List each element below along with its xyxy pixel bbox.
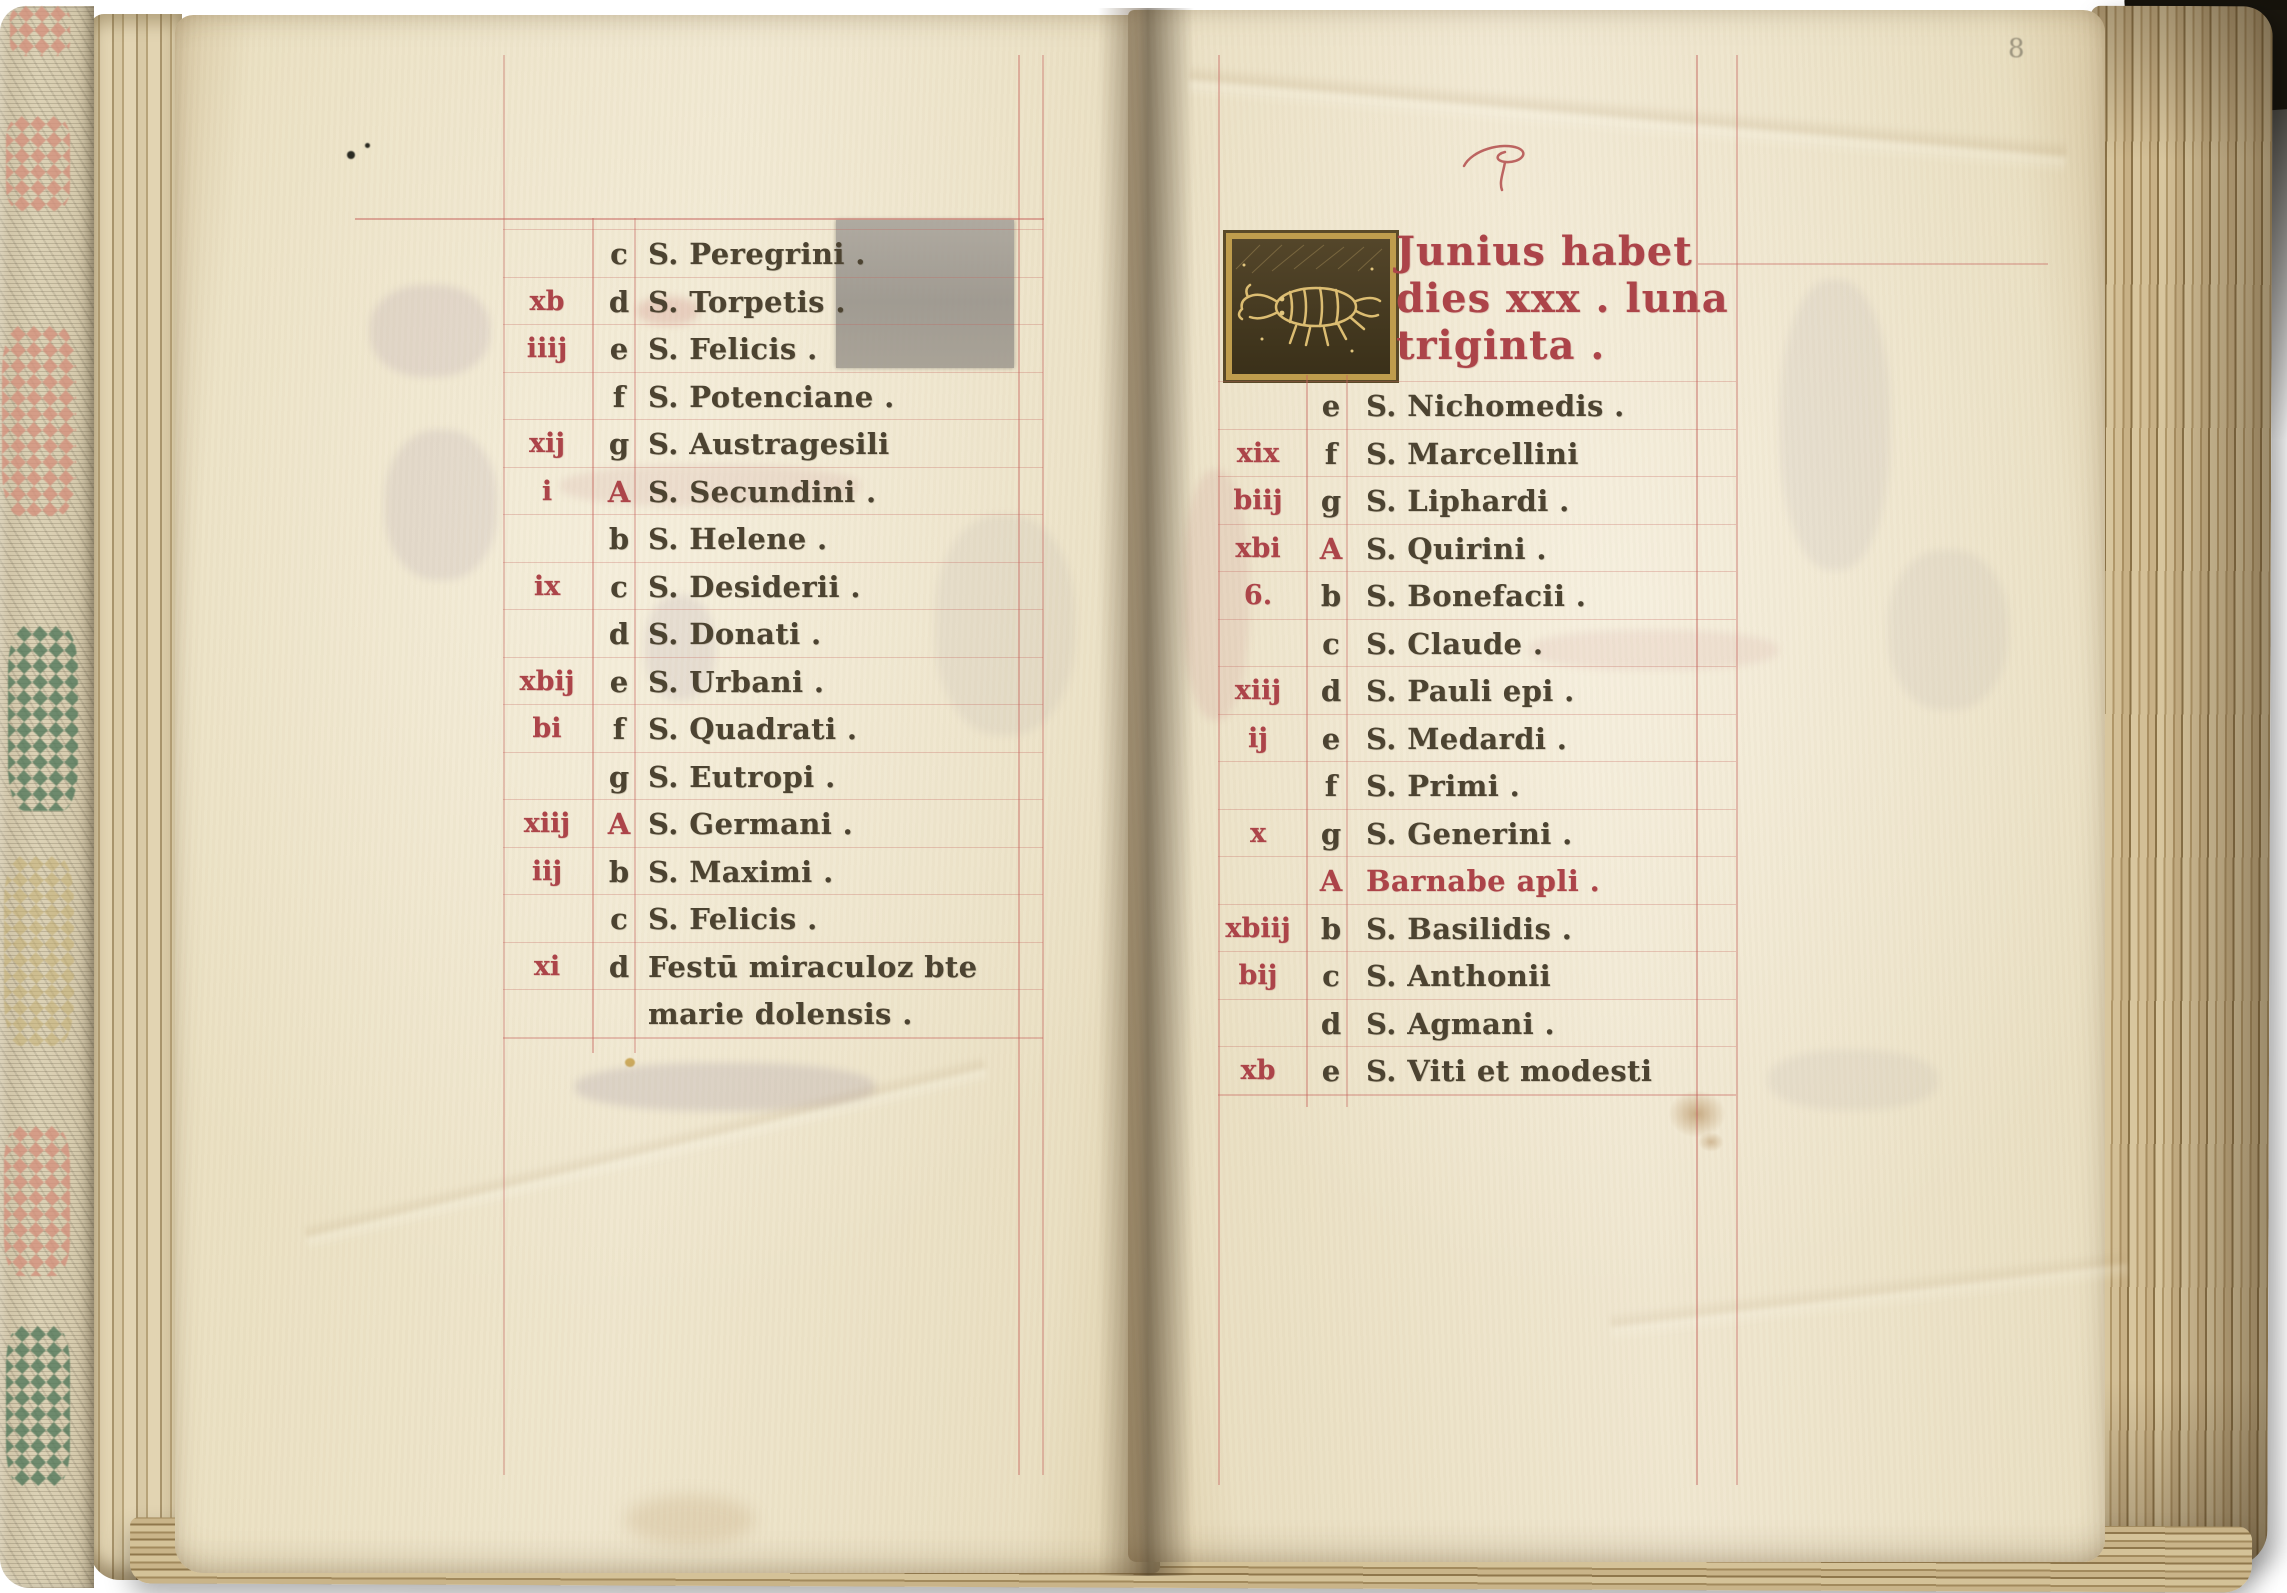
calendar-row: xbdS. Torpetis .	[503, 277, 1043, 326]
golden-number: x	[1218, 810, 1298, 858]
feast-entry: S. Agmani .	[1366, 1000, 1555, 1048]
ink-speck	[365, 143, 370, 148]
feast-entry: S. Austragesili	[648, 420, 890, 468]
ruling-line	[1698, 263, 2048, 265]
red-pen-mark	[1458, 122, 1538, 192]
calendar-row: ixcS. Desiderii .	[503, 562, 1043, 611]
golden-number: xb	[503, 278, 591, 326]
feast-entry: S. Potenciane .	[648, 373, 895, 421]
calendar-row: xbiAS. Quirini .	[1218, 524, 1736, 573]
dominical-letter: b	[596, 515, 642, 563]
dominical-letter: g	[596, 753, 642, 801]
show-through-mark	[1888, 550, 2008, 710]
feast-entry: S. Anthonii	[1366, 952, 1551, 1000]
golden-number: bij	[1218, 952, 1298, 1000]
golden-number: xij	[503, 420, 591, 468]
calendar-row: xiijAS. Germani .	[503, 799, 1043, 848]
fore-edge-pages	[2085, 6, 2272, 1567]
feast-entry: S. Germani .	[648, 800, 853, 848]
show-through-mark	[370, 285, 490, 377]
dominical-letter: g	[1308, 477, 1354, 525]
feast-entry: S. Claude .	[1366, 620, 1543, 668]
calendar-row: eS. Nichomedis .	[1218, 381, 1736, 430]
feast-entry: S. Marcellini	[1366, 430, 1579, 478]
dominical-letter: f	[1308, 762, 1354, 810]
crab-illustration	[1232, 239, 1390, 374]
feast-entry: S. Viti et modesti	[1366, 1047, 1652, 1095]
feast-entry: S. Helene .	[648, 515, 828, 563]
calendar-row: dS. Donati .	[503, 609, 1043, 658]
feast-entry: S. Quadrati .	[648, 705, 857, 753]
feast-entry: S. Generini .	[1366, 810, 1573, 858]
dominical-letter: d	[596, 943, 642, 991]
calendar-row: 6.bS. Bonefacii .	[1218, 571, 1736, 620]
calendar-row: xiijdS. Pauli epi .	[1218, 666, 1736, 715]
dominical-letter: A	[1308, 857, 1354, 905]
left-page: cS. Peregrini .xbdS. Torpetis .iiijeS. F…	[175, 15, 1160, 1573]
golden-number: ix	[503, 563, 591, 611]
calendar-row: ijeS. Medardi .	[1218, 714, 1736, 763]
stitch-pattern	[10, 6, 70, 56]
feast-entry: S. Nichomedis .	[1366, 382, 1625, 430]
golden-number: ij	[1218, 715, 1298, 763]
feast-entry: Festū miraculoz bte	[648, 943, 978, 991]
golden-number: xbij	[503, 658, 591, 706]
textile-binding	[0, 6, 94, 1588]
dominical-letter: e	[1308, 382, 1354, 430]
dominical-letter: c	[596, 563, 642, 611]
parchment-crease	[1603, 1199, 2134, 1381]
calendar-row: gS. Eutropi .	[503, 752, 1043, 801]
golden-number: xb	[1218, 1047, 1298, 1095]
show-through-mark	[575, 1063, 875, 1111]
dominical-letter: f	[596, 373, 642, 421]
calendar-row: cS. Claude .	[1218, 619, 1736, 668]
calendar-row: ABarnabe apli .	[1218, 856, 1736, 905]
dominical-letter: d	[596, 610, 642, 658]
golden-number: xix	[1218, 430, 1298, 478]
dominical-letter: g	[1308, 810, 1354, 858]
dominical-letter: d	[596, 278, 642, 326]
month-header-line: Junius habet	[1396, 228, 1876, 275]
golden-number: 6.	[1218, 572, 1298, 620]
month-header: Junius habet dies xxx . luna triginta .	[1396, 228, 1876, 369]
feast-entry: S. Eutropi .	[648, 753, 836, 801]
feast-entry: S. Maximi .	[648, 848, 834, 896]
golden-number: bi	[503, 705, 591, 753]
dominical-letter: e	[1308, 1047, 1354, 1095]
show-through-mark	[1768, 1050, 1938, 1110]
stitch-pattern	[6, 1326, 70, 1486]
gold-fleck	[625, 1058, 635, 1067]
dominical-letter: e	[596, 658, 642, 706]
calendar-row: bijcS. Anthonii	[1218, 951, 1736, 1000]
feast-entry: S. Pauli epi .	[1366, 667, 1575, 715]
left-page-edges	[90, 14, 182, 1580]
feast-entry: S. Peregrini .	[648, 230, 866, 278]
dominical-letter: c	[596, 230, 642, 278]
dominical-letter: d	[1308, 1000, 1354, 1048]
golden-number: xbiij	[1218, 905, 1298, 953]
dominical-letter: c	[1308, 952, 1354, 1000]
stitch-pattern	[4, 856, 74, 1046]
calendar-row: dS. Agmani .	[1218, 999, 1736, 1048]
feast-entry: S. Primi .	[1366, 762, 1520, 810]
calendar-row: xidFestū miraculoz bte	[503, 942, 1043, 991]
calendar-row: cS. Peregrini .	[503, 229, 1043, 278]
dominical-letter: b	[596, 848, 642, 896]
feast-entry: S. Bonefacii .	[1366, 572, 1586, 620]
calendar-row: xixfS. Marcellini	[1218, 429, 1736, 478]
month-header-line: dies xxx . luna	[1396, 275, 1876, 322]
month-header-line: triginta .	[1396, 322, 1876, 369]
stitch-pattern	[4, 1126, 70, 1276]
calendar-row: biijgS. Liphardi .	[1218, 476, 1736, 525]
ruling-line	[355, 218, 1044, 220]
feast-entry: S. Urbani .	[648, 658, 824, 706]
feast-entry: S. Medardi .	[1366, 715, 1567, 763]
calendar-row: xbeS. Viti et modesti	[1218, 1046, 1736, 1095]
calendar-row: iijbS. Maximi .	[503, 847, 1043, 896]
calendar-row: xijgS. Austragesili	[503, 419, 1043, 468]
dominical-letter: b	[1308, 572, 1354, 620]
feast-entry: S. Basilidis .	[1366, 905, 1572, 953]
dominical-letter: b	[1308, 905, 1354, 953]
calendar-row: fS. Primi .	[1218, 761, 1736, 810]
dominical-letter: e	[596, 325, 642, 373]
feast-entry: S. Desiderii .	[648, 563, 861, 611]
golden-number: xiij	[503, 800, 591, 848]
dominical-letter: e	[1308, 715, 1354, 763]
calendar-row: iiijeS. Felicis .	[503, 324, 1043, 373]
dominical-letter: c	[596, 895, 642, 943]
golden-number: xi	[503, 943, 591, 991]
parchment-crease	[292, 1012, 998, 1288]
stain-mark	[625, 1495, 755, 1545]
calendar-row: cS. Felicis .	[503, 894, 1043, 943]
feast-entry: marie dolensis .	[648, 990, 913, 1038]
dominical-letter: A	[596, 468, 642, 516]
show-through-mark	[385, 430, 497, 580]
dominical-letter: g	[596, 420, 642, 468]
calendar-row: bS. Helene .	[503, 514, 1043, 563]
stain-mark	[1698, 1132, 1724, 1152]
feast-entry: S. Torpetis .	[648, 278, 846, 326]
ruling-line	[503, 1037, 1043, 1039]
cancer-crab-miniature	[1226, 233, 1396, 380]
dominical-letter: c	[1308, 620, 1354, 668]
feast-entry: S. Quirini .	[1366, 525, 1547, 573]
ruling-line	[1218, 1094, 1736, 1096]
calendar-row: xgS. Generini .	[1218, 809, 1736, 858]
dominical-letter: A	[596, 800, 642, 848]
dominical-letter: f	[596, 705, 642, 753]
calendar-row: xbijeS. Urbani .	[503, 657, 1043, 706]
stitch-pattern	[8, 626, 78, 811]
calendar-row: bifS. Quadrati .	[503, 704, 1043, 753]
golden-number: iiij	[503, 325, 591, 373]
right-page: 8	[1128, 10, 2105, 1562]
feast-entry: S. Secundini .	[648, 468, 877, 516]
dominical-letter: A	[1308, 525, 1354, 573]
golden-number: biij	[1218, 477, 1298, 525]
stitch-pattern	[2, 326, 76, 516]
golden-number: i	[503, 468, 591, 516]
feast-entry: S. Liphardi .	[1366, 477, 1570, 525]
folio-number: 8	[2008, 34, 2025, 64]
parchment-crease	[1184, 12, 2072, 218]
feast-entry: S. Felicis .	[648, 895, 818, 943]
calendar-row: marie dolensis .	[503, 989, 1043, 1038]
dominical-letter: f	[1308, 430, 1354, 478]
golden-number: xbi	[1218, 525, 1298, 573]
golden-number: xiij	[1218, 667, 1298, 715]
ruling-line	[1736, 55, 1738, 1485]
golden-number: iij	[503, 848, 591, 896]
ink-speck	[347, 151, 355, 159]
calendar-row: xbiijbS. Basilidis .	[1218, 904, 1736, 953]
calendar-row: fS. Potenciane .	[503, 372, 1043, 421]
calendar-row: iAS. Secundini .	[503, 467, 1043, 516]
dominical-letter: d	[1308, 667, 1354, 715]
stitch-pattern	[6, 116, 70, 211]
feast-entry: S. Donati .	[648, 610, 821, 658]
feast-entry: S. Felicis .	[648, 325, 818, 373]
manuscript-photo: cS. Peregrini .xbdS. Torpetis .iiijeS. F…	[0, 0, 2287, 1593]
feast-entry: Barnabe apli .	[1366, 857, 1600, 905]
